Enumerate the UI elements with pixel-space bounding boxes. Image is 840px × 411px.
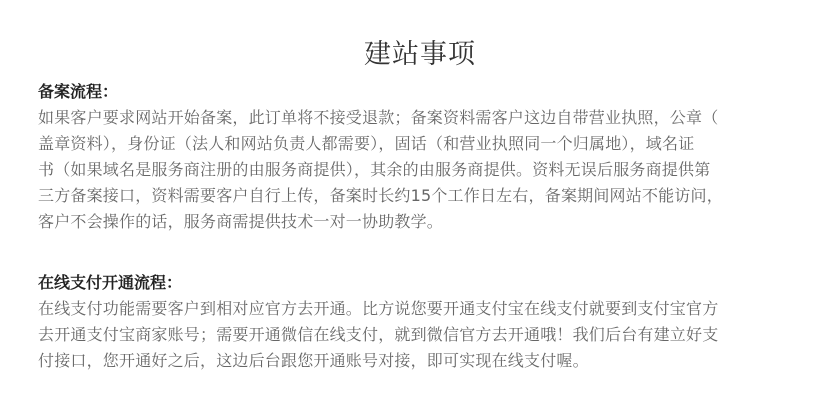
body-line: 客户不会操作的话，服务商需提供技术一对一协助教学。 bbox=[38, 209, 808, 235]
body-line: 三方备案接口，资料需要客户自行上传，备案时长约15个工作日左右，备案期间网站不能… bbox=[38, 183, 808, 209]
body-line: 书（如果域名是服务商注册的由服务商提供），其余的由服务商提供。资料无误后服务商提… bbox=[38, 157, 808, 183]
body-line: 在线支付功能需要客户到相对应官方去开通。比方说您要开通支付宝在线支付就要到支付宝… bbox=[38, 296, 808, 322]
section-filing-process: 备案流程： 如果客户要求网站开始备案，此订单将不接受退款；备案资料需客户这边自带… bbox=[38, 79, 808, 235]
section-online-payment-process: 在线支付开通流程： 在线支付功能需要客户到相对应官方去开通。比方说您要开通支付宝… bbox=[38, 270, 808, 374]
section-heading: 在线支付开通流程： bbox=[38, 270, 808, 296]
page-title: 建站事项 bbox=[0, 32, 840, 71]
page: 建站事项 备案流程： 如果客户要求网站开始备案，此订单将不接受退款；备案资料需客… bbox=[0, 0, 840, 411]
body-line: 如果客户要求网站开始备案，此订单将不接受退款；备案资料需客户这边自带营业执照，公… bbox=[38, 105, 808, 131]
body-line: 付接口，您开通好之后，这边后台跟您开通账号对接，即可实现在线支付喔。 bbox=[38, 348, 808, 374]
body-line: 盖章资料），身份证（法人和网站负责人都需要），固话（和营业执照同一个归属地），域… bbox=[38, 131, 808, 157]
body-line: 去开通支付宝商家账号；需要开通微信在线支付，就到微信官方去开通哦！我们后台有建立… bbox=[38, 322, 808, 348]
section-heading: 备案流程： bbox=[38, 79, 808, 105]
